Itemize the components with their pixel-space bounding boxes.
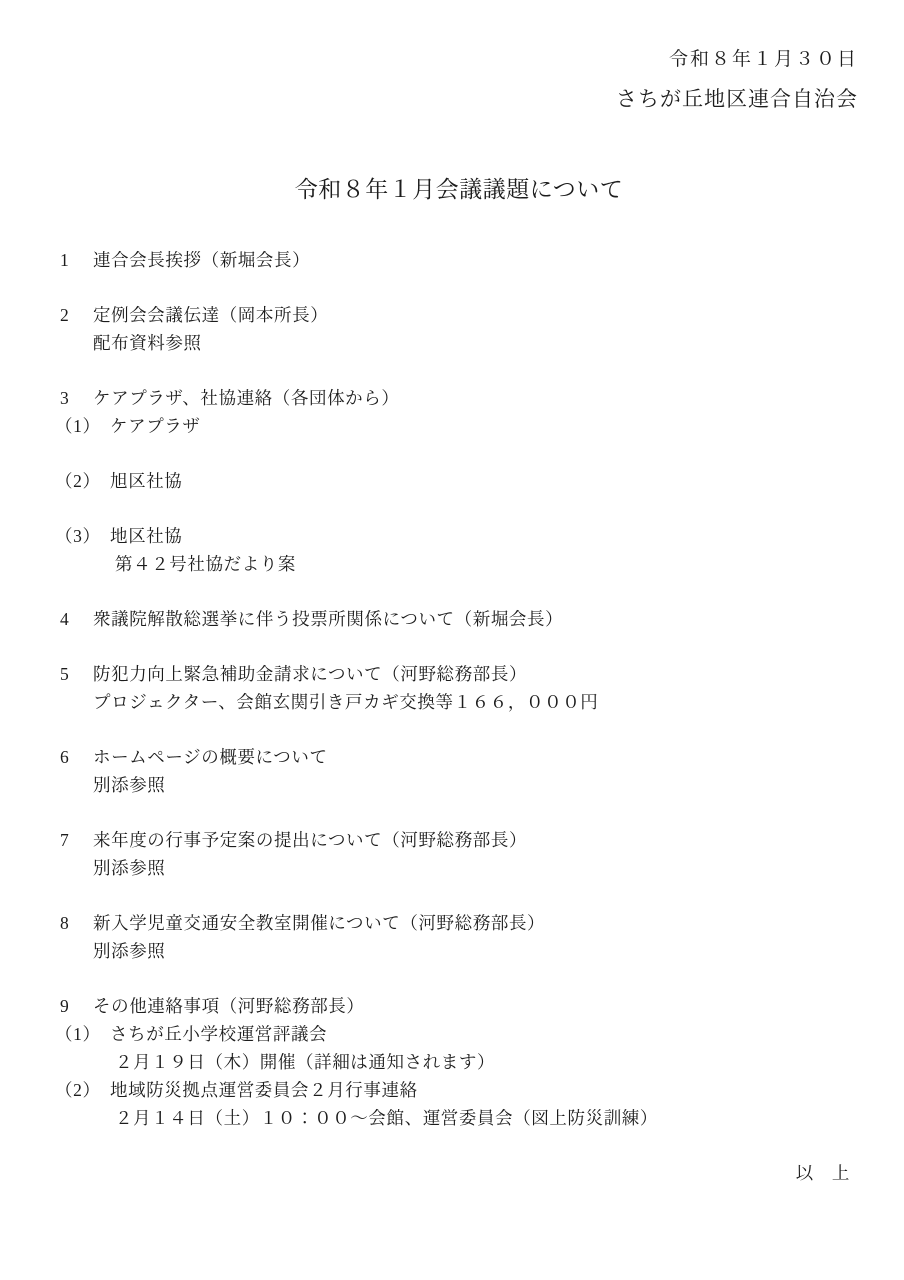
agenda-detail-text: 第４２号社協だより案 [115,554,296,574]
agenda-item-number: 5 [60,660,93,688]
agenda-detail-text: 別添参照 [93,941,165,961]
agenda-subitem-label: （2） [55,1076,110,1104]
agenda-item-number: 9 [60,992,93,1020]
agenda-subitem-label: （2） [55,467,110,495]
agenda-item-number: 1 [60,246,93,274]
agenda-item: 9その他連絡事項（河野総務部長） [60,992,858,1020]
agenda-detail-text: プロジェクター、会館玄関引き戸カギ交換等１６６，０００円 [93,692,598,712]
agenda-item-number: 6 [60,743,93,771]
agenda-item-text: 定例会会議伝達（岡本所長） [93,305,328,325]
agenda-detail: 配布資料参照 [60,329,858,357]
agenda-detail-text: 配布資料参照 [93,333,202,353]
agenda-item: 3ケアプラザ、社協連絡（各団体から） [60,384,858,412]
agenda-item-text: 来年度の行事予定案の提出について（河野総務部長） [93,830,527,850]
agenda-subitem-text: ケアプラザ [110,416,201,436]
agenda-item: 2定例会会議伝達（岡本所長） [60,301,858,329]
agenda-detail: 別添参照 [60,937,858,965]
agenda-subitem: （1）ケアプラザ [55,412,858,440]
agenda-detail: 第４２号社協だより案 [60,550,858,578]
agenda-item: 4衆議院解散総選挙に伴う投票所関係について（新堀会長） [60,605,858,633]
agenda-item-number: 2 [60,301,93,329]
document-page: 令和８年１月３０日 さちが丘地区連合自治会 令和８年１月会議議題について 1連合… [0,0,904,1280]
agenda-item-number: 3 [60,384,93,412]
agenda-item-text: ホームページの概要について [93,747,328,767]
agenda-item-text: 防犯力向上緊急補助金請求について（河野総務部長） [93,664,527,684]
agenda-subitem-text: 地区社協 [110,526,182,546]
agenda-subitem-label: （1） [55,412,110,440]
agenda-subitem-text: 旭区社協 [110,471,182,491]
agenda-detail: 別添参照 [60,771,858,799]
agenda-item: 6ホームページの概要について [60,743,858,771]
agenda-item: 1連合会長挨拶（新堀会長） [60,246,858,274]
agenda-detail: プロジェクター、会館玄関引き戸カギ交換等１６６，０００円 [60,688,858,716]
agenda-subitem: （3）地区社協 [55,522,858,550]
agenda-item-number: 8 [60,909,93,937]
closing-mark: 以 上 [60,1159,858,1187]
agenda-item-text: 衆議院解散総選挙に伴う投票所関係について（新堀会長） [93,609,563,629]
agenda-item-text: ケアプラザ、社協連絡（各団体から） [93,388,399,408]
agenda-list: 1連合会長挨拶（新堀会長）2定例会会議伝達（岡本所長）配布資料参照3ケアプラザ、… [60,246,858,1132]
agenda-subitem: （2）旭区社協 [55,467,858,495]
document-title: 令和８年１月会議議題について [60,174,858,206]
agenda-subitem-text: さちが丘小学校運営評議会 [110,1024,327,1044]
agenda-detail: ２月１９日（木）開催（詳細は通知されます） [60,1048,858,1076]
agenda-item: 8新入学児童交通安全教室開催について（河野総務部長） [60,909,858,937]
organization-name: さちが丘地区連合自治会 [60,84,858,114]
agenda-item: 5防犯力向上緊急補助金請求について（河野総務部長） [60,660,858,688]
agenda-detail-text: 別添参照 [93,775,165,795]
agenda-subitem-text: 地域防災拠点運営委員会２月行事連絡 [110,1080,418,1100]
agenda-subitem: （2）地域防災拠点運営委員会２月行事連絡 [55,1076,858,1104]
agenda-item-number: 4 [60,605,93,633]
agenda-detail: ２月１４日（土）１０：００～会館、運営委員会（図上防災訓練） [60,1104,858,1132]
document-date: 令和８年１月３０日 [60,46,858,74]
agenda-detail-text: ２月１９日（木）開催（詳細は通知されます） [115,1052,495,1072]
agenda-detail: 別添参照 [60,854,858,882]
agenda-item-text: 連合会長挨拶（新堀会長） [93,250,310,270]
agenda-detail-text: ２月１４日（土）１０：００～会館、運営委員会（図上防災訓練） [115,1108,658,1128]
agenda-item-text: 新入学児童交通安全教室開催について（河野総務部長） [93,913,545,933]
agenda-item: 7来年度の行事予定案の提出について（河野総務部長） [60,826,858,854]
agenda-item-text: その他連絡事項（河野総務部長） [93,996,365,1016]
agenda-item-number: 7 [60,826,93,854]
agenda-subitem-label: （3） [55,522,110,550]
agenda-detail-text: 別添参照 [93,858,165,878]
agenda-subitem-label: （1） [55,1020,110,1048]
agenda-subitem: （1）さちが丘小学校運営評議会 [55,1020,858,1048]
